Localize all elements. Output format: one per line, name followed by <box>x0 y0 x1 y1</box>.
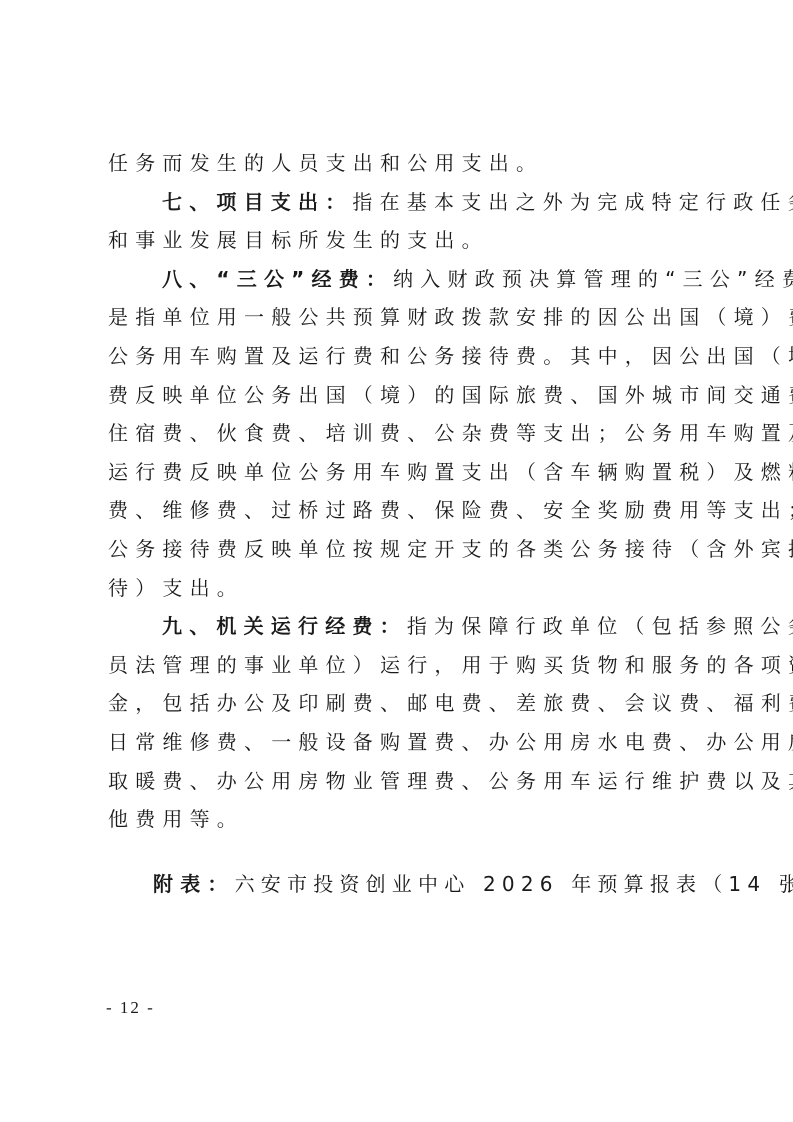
paragraph-line: 费、维修费、过桥过路费、保险费、安全奖励费用等支出； <box>108 491 684 530</box>
paragraph-line: 和事业发展目标所发生的支出。 <box>108 221 684 260</box>
paragraph-line: 运行费反映单位公务用车购置支出（含车辆购置税）及燃料 <box>108 453 684 492</box>
paragraph-line: 员法管理的事业单位）运行，用于购买货物和服务的各项资 <box>108 646 684 685</box>
paragraph-line: 公务用车购置及运行费和公务接待费。其中，因公出国（境） <box>108 337 684 376</box>
paragraph-line: 待）支出。 <box>108 569 684 608</box>
section-text: 指为保障行政单位（包括参照公务 <box>407 614 793 638</box>
section-heading-three-public-expenses: 八、“三公”经费：纳入财政预决算管理的“三公”经费， <box>108 260 684 299</box>
appendix-label: 附表： <box>153 872 235 896</box>
section-text: 纳入财政预决算管理的“三公”经费， <box>393 267 793 291</box>
paragraph-line: 是指单位用一般公共预算财政拨款安排的因公出国（境）费、 <box>108 298 684 337</box>
paragraph-line: 日常维修费、一般设备购置费、办公用房水电费、办公用房 <box>108 723 684 762</box>
paragraph-line: 费反映单位公务出国（境）的国际旅费、国外城市间交通费、 <box>108 376 684 415</box>
appendix-note: 附表：六安市投资创业中心 2026 年预算报表（14 张） <box>153 868 793 897</box>
section-title: 七、项目支出： <box>162 190 352 214</box>
section-heading-project-expenditure: 七、项目支出：指在基本支出之外为完成特定行政任务 <box>108 183 684 222</box>
paragraph-line: 公务接待费反映单位按规定开支的各类公务接待（含外宾接 <box>108 530 684 569</box>
paragraph-line: 他费用等。 <box>108 800 684 839</box>
section-text: 指在基本支出之外为完成特定行政任务 <box>352 190 793 214</box>
page-number: - 12 - <box>106 998 155 1018</box>
paragraph-line: 任务而发生的人员支出和公用支出。 <box>108 144 684 183</box>
section-title: 八、“三公”经费： <box>162 267 393 291</box>
paragraph-line: 取暖费、办公用房物业管理费、公务用车运行维护费以及其 <box>108 762 684 801</box>
paragraph-line: 金，包括办公及印刷费、邮电费、差旅费、会议费、福利费、 <box>108 684 684 723</box>
appendix-text: 六安市投资创业中心 2026 年预算报表（14 张） <box>235 872 793 896</box>
section-title: 九、机关运行经费： <box>162 614 407 638</box>
document-body: 任务而发生的人员支出和公用支出。 七、项目支出：指在基本支出之外为完成特定行政任… <box>108 144 684 839</box>
section-heading-operating-expenses: 九、机关运行经费：指为保障行政单位（包括参照公务 <box>108 607 684 646</box>
paragraph-line: 住宿费、伙食费、培训费、公杂费等支出；公务用车购置及 <box>108 414 684 453</box>
